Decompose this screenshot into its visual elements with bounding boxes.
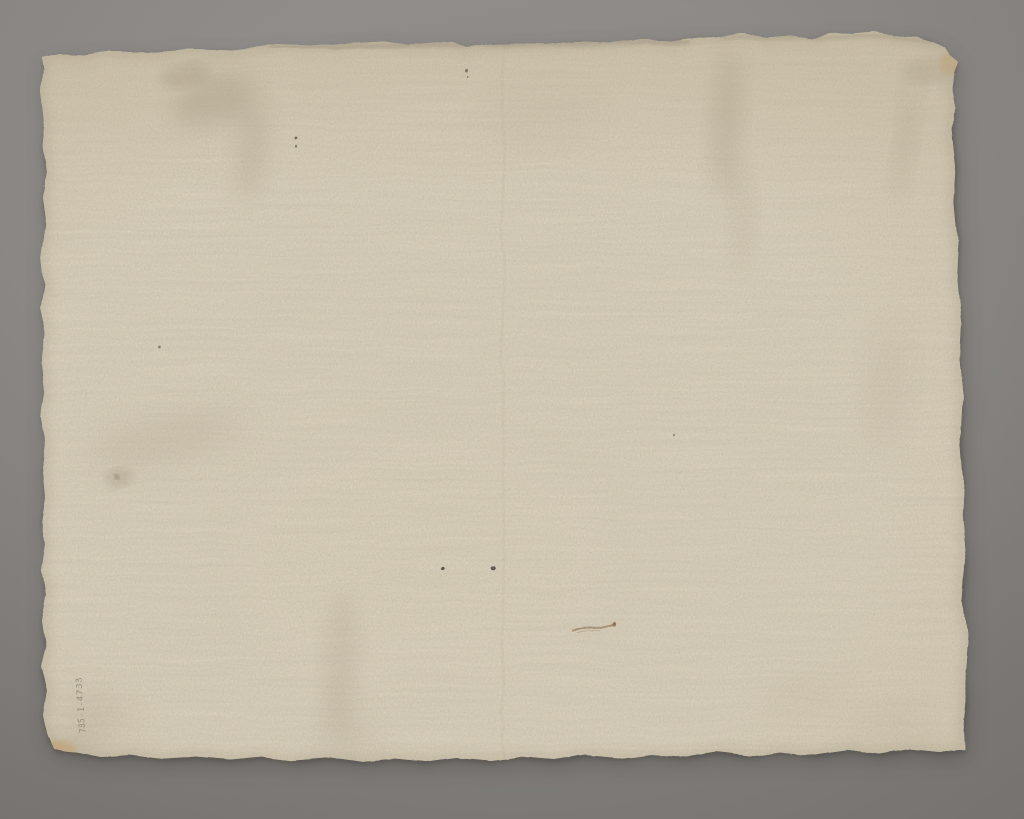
photo-stage: 785-1-4733 [0, 0, 1024, 819]
paper-sheet: 785-1-4733 [0, 0, 1024, 819]
ink-speck [295, 138, 298, 141]
ink-speck [468, 75, 470, 77]
ink-speck [467, 69, 470, 72]
stain-smudge [328, 707, 368, 763]
ink-speck [116, 475, 121, 480]
ink-speck [159, 345, 162, 348]
stain-smudge [733, 160, 751, 270]
brown-mark-dot [611, 622, 615, 626]
photo-canvas: 785-1-4733 [0, 0, 1024, 819]
ink-speck [296, 146, 298, 148]
accession-inscription: 785-1-4733 [77, 677, 87, 733]
ink-speck [492, 566, 497, 571]
ink-speck [441, 567, 444, 570]
center-fold-line [502, 55, 504, 760]
ink-speck [674, 434, 676, 436]
